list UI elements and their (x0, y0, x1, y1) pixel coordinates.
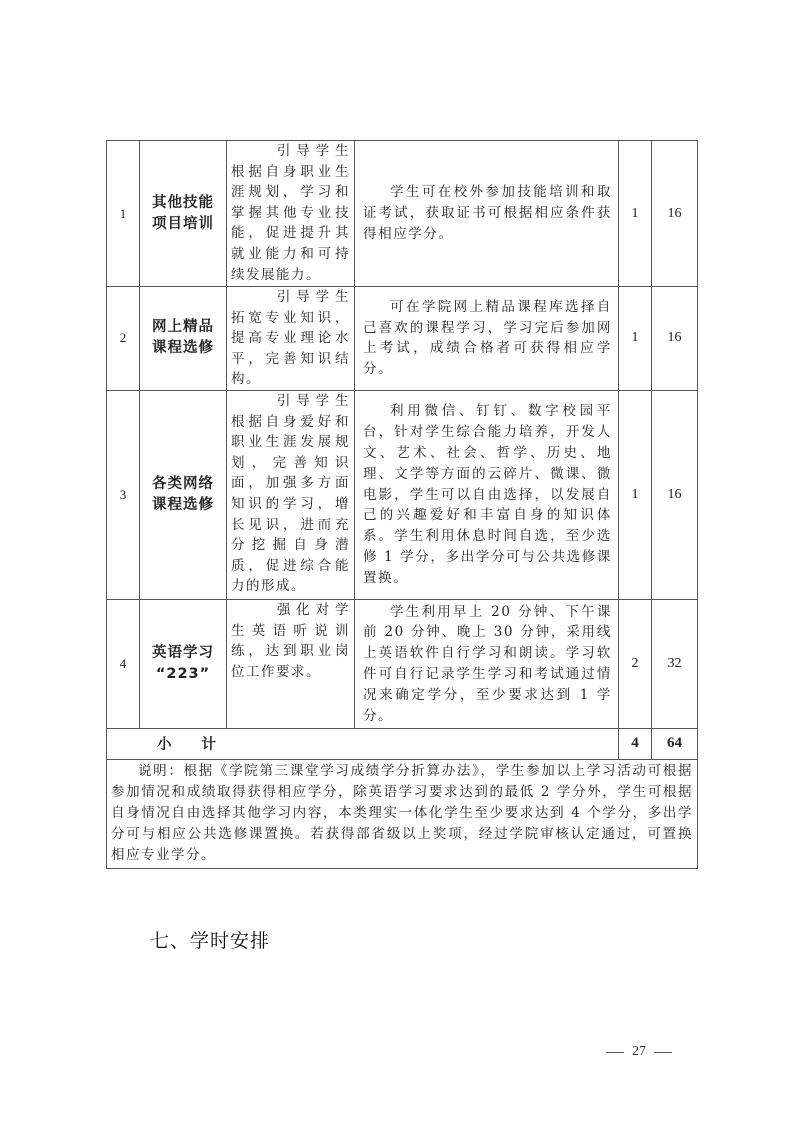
item-hours: 16 (652, 141, 698, 287)
item-content: 学生利用早上 20 分钟、下午课前 20 分钟、晚上 30 分钟，采用线上英语软… (355, 599, 619, 728)
total-label-part2: 计 (202, 737, 217, 753)
total-credits: 4 (619, 728, 652, 759)
item-name-line2: “223” (140, 664, 226, 685)
table-row: 2 网上精品 课程选修 引导学生拓宽专业知识，提高专业理论水平，完善知识结构。 … (107, 287, 698, 391)
row-number: 4 (107, 599, 140, 728)
item-name-line1: 其他技能 (140, 193, 226, 214)
item-hours: 16 (652, 287, 698, 391)
total-row: 小计 4 64 (107, 728, 698, 759)
item-name: 其他技能 项目培训 (140, 141, 227, 287)
row-number: 3 (107, 390, 140, 599)
page-dash-right (654, 1052, 672, 1053)
item-hours: 32 (652, 599, 698, 728)
item-name-line2: 课程选修 (140, 338, 226, 359)
item-credits: 1 (619, 287, 652, 391)
item-content: 学生可在校外参加技能培训和取证考试，获取证书可根据相应条件获得相应学分。 (355, 141, 619, 287)
item-name: 各类网络 课程选修 (140, 390, 227, 599)
note-text: 说明：根据《学院第三课堂学习成绩学分折算办法》，学生参加以上学习活动可根据参加情… (107, 759, 698, 868)
item-goal: 引导学生根据自身职业生涯规划，学习和掌握其他专业技能，促进提升其就业能力和可持续… (227, 141, 355, 287)
section-heading: 七、学时安排 (150, 926, 270, 953)
item-credits: 1 (619, 141, 652, 287)
table-row: 1 其他技能 项目培训 引导学生根据自身职业生涯规划，学习和掌握其他专业技能，促… (107, 141, 698, 287)
total-label: 小计 (107, 728, 619, 759)
note-row: 说明：根据《学院第三课堂学习成绩学分折算办法》，学生参加以上学习活动可根据参加情… (107, 759, 698, 868)
total-label-part1: 小 (157, 737, 172, 753)
row-number: 2 (107, 287, 140, 391)
item-name: 网上精品 课程选修 (140, 287, 227, 391)
row-number: 1 (107, 141, 140, 287)
total-hours: 64 (652, 728, 698, 759)
item-content: 利用微信、钉钉、数字校园平台，针对学生综合能力培养，开发人文、艺术、社会、哲学、… (355, 390, 619, 599)
item-name: 英语学习 “223” (140, 599, 227, 728)
page-number: 27 (632, 1044, 646, 1060)
table-row: 3 各类网络 课程选修 引导学生根据自身爱好和职业生涯发展规划，完善知识面，加强… (107, 390, 698, 599)
item-hours: 16 (652, 390, 698, 599)
page-footer: 27 (606, 1044, 672, 1060)
item-credits: 1 (619, 390, 652, 599)
item-goal: 强化对学生英语听说训练，达到职业岗位工作要求。 (227, 599, 355, 728)
item-credits: 2 (619, 599, 652, 728)
item-name-line1: 英语学习 (140, 643, 226, 664)
item-name-line1: 网上精品 (140, 317, 226, 338)
item-name-line1: 各类网络 (140, 474, 226, 495)
item-name-line2: 课程选修 (140, 495, 226, 516)
item-content: 可在学院网上精品课程库选择自己喜欢的课程学习，学习完后参加网上考试，成绩合格者可… (355, 287, 619, 391)
table-row: 4 英语学习 “223” 强化对学生英语听说训练，达到职业岗位工作要求。 学生利… (107, 599, 698, 728)
item-goal: 引导学生根据自身爱好和职业生涯发展规划，完善知识面，加强多方面知识的学习，增长见… (227, 390, 355, 599)
credit-table: 1 其他技能 项目培训 引导学生根据自身职业生涯规划，学习和掌握其他专业技能，促… (106, 140, 698, 869)
item-goal: 引导学生拓宽专业知识，提高专业理论水平，完善知识结构。 (227, 287, 355, 391)
item-name-line2: 项目培训 (140, 214, 226, 235)
page-dash-left (606, 1052, 624, 1053)
